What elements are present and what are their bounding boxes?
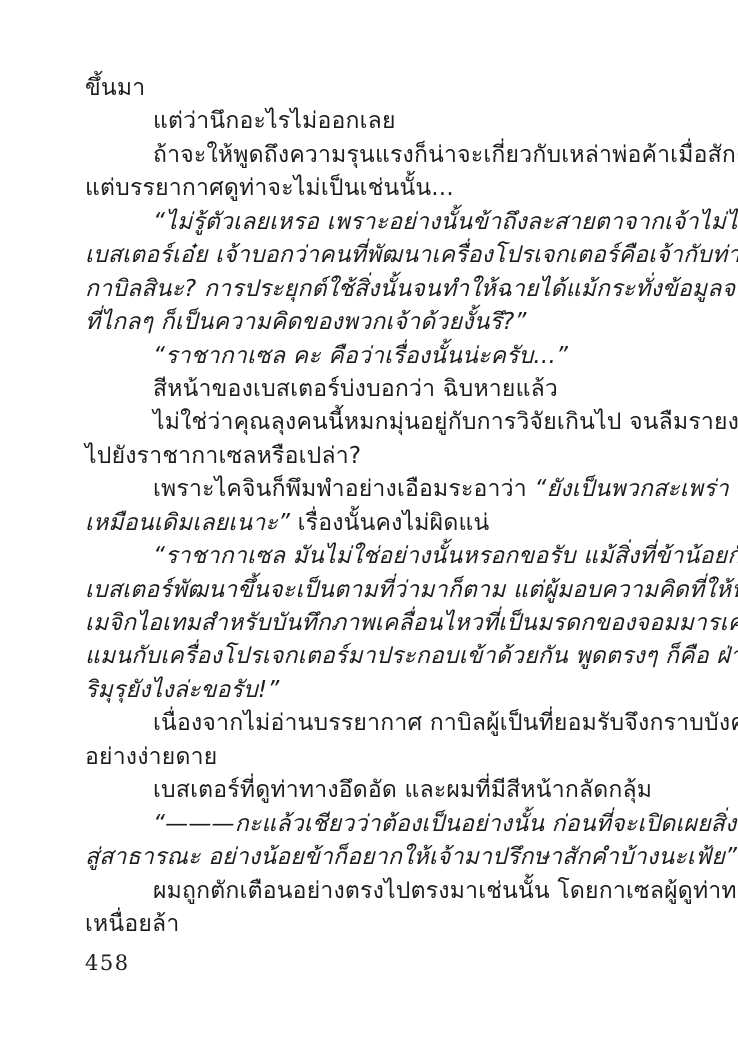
dialogue-text: สู่สาธารณะ อย่างน้อยข้าก็อยากให้เจ้ามาปร… [85, 844, 737, 870]
text-line: เพราะไคจินก็พึมพำอย่างเอือมระอาว่า “ยังเ… [85, 473, 660, 506]
text-line: เบสเตอร์พัฒนาขึ้นจะเป็นตามที่ว่ามาก็ตาม … [85, 574, 660, 607]
text-line: ริมุรุยังไงล่ะขอรับ!” [85, 674, 660, 707]
book-page: ขึ้นมาแต่ว่านึกอะไรไม่ออกเลยถ้าจะให้พูดถ… [0, 0, 738, 1051]
narration-text: เบสเตอร์ที่ดูท่าทางอึดอัด และผมที่มีสีหน… [153, 777, 652, 803]
text-line: แต่ว่านึกอะไรไม่ออกเลย [85, 105, 660, 138]
text-line: แมนกับเครื่องโปรเจกเตอร์มาประกอบเข้าด้วย… [85, 640, 660, 673]
text-line: เบสเตอร์เอ๋ย เจ้าบอกว่าคนที่พัฒนาเครื่อง… [85, 239, 660, 272]
narration-text: ไปยังราชากาเซลหรือเปล่า? [85, 443, 361, 469]
text-line: เมจิกไอเทมสำหรับบันทึกภาพเคลื่อนไหวที่เป… [85, 607, 660, 640]
dialogue-text: “ไม่รู้ตัวเลยเหรอ เพราะอย่างนั้นข้าถึงละ… [153, 209, 738, 235]
text-line: กาบิลสินะ? การประยุกต์ใช้สิ่งนั้นจนทำให้… [85, 273, 660, 306]
narration-text: ไม่ใช่ว่าคุณลุงคนนี้หมกมุ่นอยู่กับการวิจ… [153, 409, 738, 435]
text-line: สู่สาธารณะ อย่างน้อยข้าก็อยากให้เจ้ามาปร… [85, 841, 660, 874]
text-line: เบสเตอร์ที่ดูท่าทางอึดอัด และผมที่มีสีหน… [85, 774, 660, 807]
dialogue-text: ที่ไกลๆ ก็เป็นความคิดของพวกเจ้าด้วยงั้นร… [85, 309, 527, 335]
dialogue-text: เบสเตอร์เอ๋ย เจ้าบอกว่าคนที่พัฒนาเครื่อง… [85, 242, 738, 268]
dialogue-text: “ราชากาเซล คะ คือว่าเรื่องนั้นน่ะครับ...… [153, 343, 568, 369]
text-line: ที่ไกลๆ ก็เป็นความคิดของพวกเจ้าด้วยงั้นร… [85, 306, 660, 339]
narration-text: แต่ว่านึกอะไรไม่ออกเลย [153, 108, 396, 134]
narration-text: เหนื่อยล้า [85, 911, 179, 937]
dialogue-text: กาบิลสินะ? การประยุกต์ใช้สิ่งนั้นจนทำให้… [85, 276, 738, 302]
narration-text: ขึ้นมา [85, 75, 145, 101]
narration-text: สีหน้าของเบสเตอร์บ่งบอกว่า ฉิบหายแล้ว [153, 376, 558, 402]
page-text-block: ขึ้นมาแต่ว่านึกอะไรไม่ออกเลยถ้าจะให้พูดถ… [85, 72, 660, 941]
narration-text: เนื่องจากไม่อ่านบรรยากาศ กาบิลผู้เป็นที่… [153, 710, 738, 736]
narration-text: ถ้าจะให้พูดถึงความรุนแรงก็น่าจะเกี่ยวกับ… [153, 142, 738, 168]
dialogue-text: ริมุรุยังไงล่ะขอรับ!” [85, 677, 279, 703]
narration-text: ผมถูกตักเตือนอย่างตรงไปตรงมาเช่นนั้น โดย… [153, 878, 738, 904]
dialogue-text: “ยังเป็นพวกสะเพร่า [534, 476, 729, 502]
text-line: แต่บรรยากาศดูท่าจะไม่เป็นเช่นนั้น... [85, 172, 660, 205]
text-line: เหนื่อยล้า [85, 908, 660, 941]
text-line: ผมถูกตักเตือนอย่างตรงไปตรงมาเช่นนั้น โดย… [85, 875, 660, 908]
text-line: “ราชากาเซล มันไม่ใช่อย่างนั้นหรอกขอรับ แ… [85, 540, 660, 573]
text-line: เหมือนเดิมเลยเนาะ” เรื่องนั้นคงไม่ผิดแน่ [85, 507, 660, 540]
dialogue-text: เหมือนเดิมเลยเนาะ” [85, 510, 298, 536]
text-line: สีหน้าของเบสเตอร์บ่งบอกว่า ฉิบหายแล้ว [85, 373, 660, 406]
text-line: “ไม่รู้ตัวเลยเหรอ เพราะอย่างนั้นข้าถึงละ… [85, 206, 660, 239]
text-line: ถ้าจะให้พูดถึงความรุนแรงก็น่าจะเกี่ยวกับ… [85, 139, 660, 172]
dialogue-text: แมนกับเครื่องโปรเจกเตอร์มาประกอบเข้าด้วย… [85, 643, 738, 669]
text-line: อย่างง่ายดาย [85, 741, 660, 774]
narration-text: เพราะไคจินก็พึมพำอย่างเอือมระอาว่า [153, 476, 534, 502]
text-line: ไปยังราชากาเซลหรือเปล่า? [85, 440, 660, 473]
dialogue-text: “———กะแล้วเชียวว่าต้องเป็นอย่างนั้น ก่อน… [153, 811, 738, 837]
narration-text: เรื่องนั้นคงไม่ผิดแน่ [298, 510, 490, 536]
dialogue-text: เบสเตอร์พัฒนาขึ้นจะเป็นตามที่ว่ามาก็ตาม … [85, 577, 738, 603]
narration-text: อย่างง่ายดาย [85, 744, 217, 770]
text-line: เนื่องจากไม่อ่านบรรยากาศ กาบิลผู้เป็นที่… [85, 707, 660, 740]
text-line: “ราชากาเซล คะ คือว่าเรื่องนั้นน่ะครับ...… [85, 340, 660, 373]
narration-text: แต่บรรยากาศดูท่าจะไม่เป็นเช่นนั้น... [85, 175, 454, 201]
text-line: ขึ้นมา [85, 72, 660, 105]
dialogue-text: “ราชากาเซล มันไม่ใช่อย่างนั้นหรอกขอรับ แ… [153, 543, 738, 569]
text-line: ไม่ใช่ว่าคุณลุงคนนี้หมกมุ่นอยู่กับการวิจ… [85, 406, 660, 439]
page-number: 458 [85, 951, 130, 975]
dialogue-text: เมจิกไอเทมสำหรับบันทึกภาพเคลื่อนไหวที่เป… [85, 610, 738, 636]
text-line: “———กะแล้วเชียวว่าต้องเป็นอย่างนั้น ก่อน… [85, 808, 660, 841]
